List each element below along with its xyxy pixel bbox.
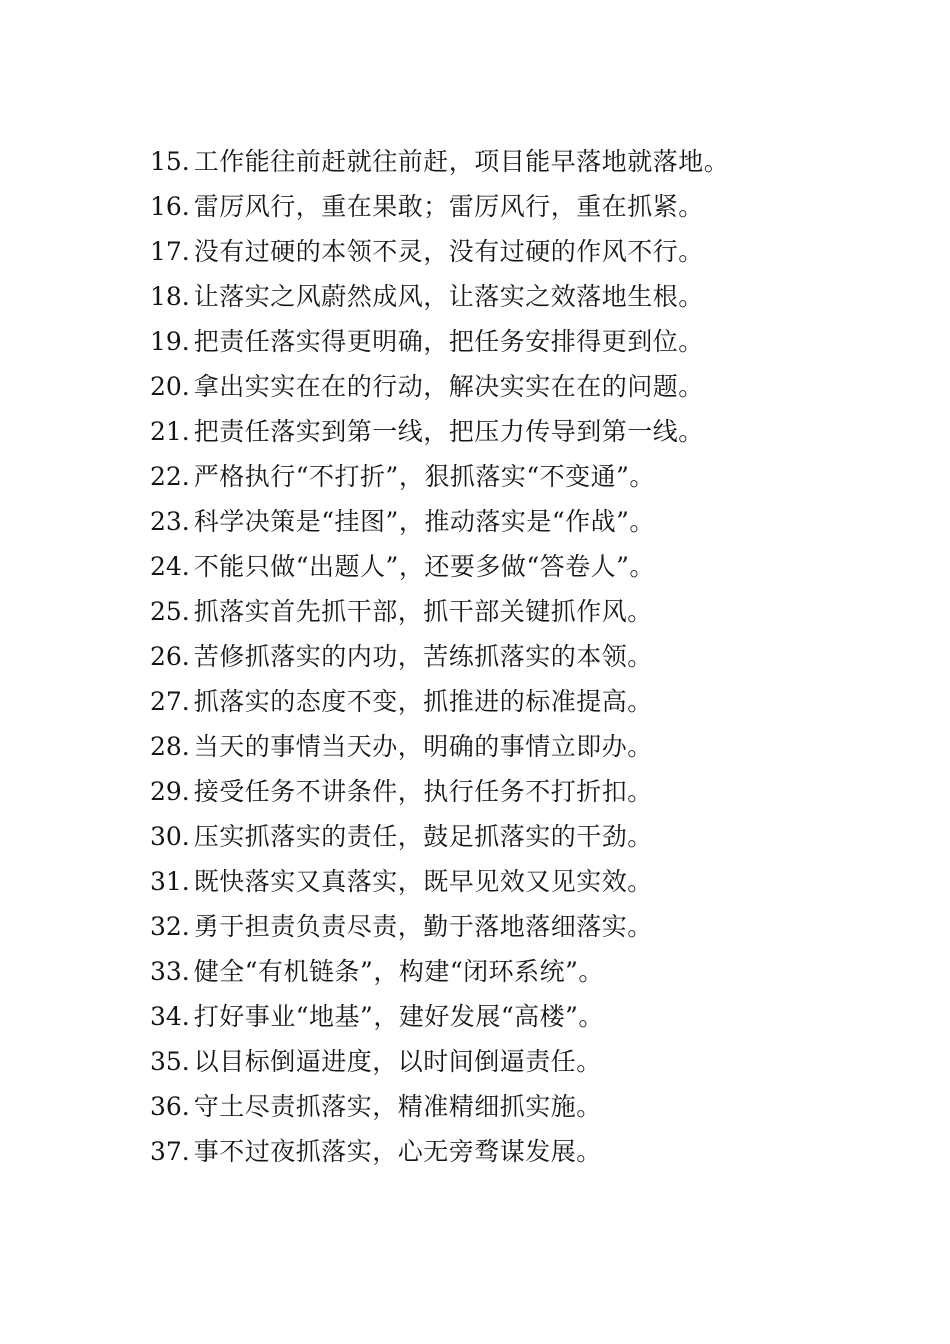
list-item: 30.压实抓落实的责任，鼓足抓落实的干劲。 — [150, 814, 910, 859]
item-text: 抓落实首先抓干部，抓干部关键抓作风。 — [194, 597, 653, 626]
list-item: 36.守土尽责抓落实，精准精细抓实施。 — [150, 1084, 910, 1129]
list-item: 26.苦修抓落实的内功，苦练抓落实的本领。 — [150, 634, 910, 679]
item-text: 让落实之风蔚然成风，让落实之效落地生根。 — [194, 282, 704, 311]
item-number: 34. — [150, 994, 190, 1039]
list-item: 37.事不过夜抓落实，心无旁骛谋发展。 — [150, 1129, 910, 1174]
list-item: 19.把责任落实得更明确，把任务安排得更到位。 — [150, 319, 910, 364]
item-text: 健全“有机链条”，构建“闭环系统”。 — [194, 957, 604, 986]
list-item: 29.接受任务不讲条件，执行任务不打折扣。 — [150, 769, 910, 814]
item-text: 压实抓落实的责任，鼓足抓落实的干劲。 — [194, 822, 653, 851]
item-number: 16. — [150, 184, 190, 229]
document-body: 15.工作能往前赶就往前赶，项目能早落地就落地。 16.雷厉风行，重在果敢；雷厉… — [150, 139, 910, 1174]
item-number: 22. — [150, 454, 190, 499]
item-text: 把责任落实得更明确，把任务安排得更到位。 — [194, 327, 704, 356]
list-item: 24.不能只做“出题人”，还要多做“答卷人”。 — [150, 544, 910, 589]
list-item: 16.雷厉风行，重在果敢；雷厉风行，重在抓紧。 — [150, 184, 910, 229]
item-text: 雷厉风行，重在果敢；雷厉风行，重在抓紧。 — [194, 192, 704, 221]
list-item: 18.让落实之风蔚然成风，让落实之效落地生根。 — [150, 274, 910, 319]
item-text: 守土尽责抓落实，精准精细抓实施。 — [194, 1092, 602, 1121]
list-item: 35.以目标倒逼进度，以时间倒逼责任。 — [150, 1039, 910, 1084]
item-number: 20. — [150, 364, 190, 409]
item-number: 29. — [150, 769, 190, 814]
item-number: 33. — [150, 949, 190, 994]
item-number: 15. — [150, 139, 190, 184]
list-item: 17.没有过硬的本领不灵，没有过硬的作风不行。 — [150, 229, 910, 274]
list-item: 20.拿出实实在在的行动，解决实实在在的问题。 — [150, 364, 910, 409]
list-item: 33.健全“有机链条”，构建“闭环系统”。 — [150, 949, 910, 994]
document-page: 15.工作能往前赶就往前赶，项目能早落地就落地。 16.雷厉风行，重在果敢；雷厉… — [0, 0, 950, 1344]
item-text: 以目标倒逼进度，以时间倒逼责任。 — [194, 1047, 602, 1076]
item-text: 不能只做“出题人”，还要多做“答卷人”。 — [194, 552, 655, 581]
item-text: 事不过夜抓落实，心无旁骛谋发展。 — [194, 1137, 602, 1166]
item-text: 苦修抓落实的内功，苦练抓落实的本领。 — [194, 642, 653, 671]
item-text: 既快落实又真落实，既早见效又见实效。 — [194, 867, 653, 896]
item-number: 17. — [150, 229, 190, 274]
item-number: 24. — [150, 544, 190, 589]
item-number: 32. — [150, 904, 190, 949]
item-text: 勇于担责负责尽责，勤于落地落细落实。 — [194, 912, 653, 941]
item-number: 37. — [150, 1129, 190, 1174]
item-text: 没有过硬的本领不灵，没有过硬的作风不行。 — [194, 237, 704, 266]
item-text: 打好事业“地基”，建好发展“高楼”。 — [194, 1002, 604, 1031]
list-item: 21.把责任落实到第一线，把压力传导到第一线。 — [150, 409, 910, 454]
list-item: 28.当天的事情当天办，明确的事情立即办。 — [150, 724, 910, 769]
item-number: 30. — [150, 814, 190, 859]
item-number: 35. — [150, 1039, 190, 1084]
item-text: 把责任落实到第一线，把压力传导到第一线。 — [194, 417, 704, 446]
list-item: 34.打好事业“地基”，建好发展“高楼”。 — [150, 994, 910, 1039]
list-item: 23.科学决策是“挂图”，推动落实是“作战”。 — [150, 499, 910, 544]
item-text: 当天的事情当天办，明确的事情立即办。 — [194, 732, 653, 761]
item-number: 23. — [150, 499, 190, 544]
item-number: 36. — [150, 1084, 190, 1129]
list-item: 25.抓落实首先抓干部，抓干部关键抓作风。 — [150, 589, 910, 634]
item-number: 26. — [150, 634, 190, 679]
item-text: 工作能往前赶就往前赶，项目能早落地就落地。 — [194, 147, 730, 176]
item-number: 25. — [150, 589, 190, 634]
item-text: 科学决策是“挂图”，推动落实是“作战”。 — [194, 507, 655, 536]
item-text: 抓落实的态度不变，抓推进的标准提高。 — [194, 687, 653, 716]
list-item: 27.抓落实的态度不变，抓推进的标准提高。 — [150, 679, 910, 724]
list-item: 32.勇于担责负责尽责，勤于落地落细落实。 — [150, 904, 910, 949]
item-text: 拿出实实在在的行动，解决实实在在的问题。 — [194, 372, 704, 401]
item-number: 19. — [150, 319, 190, 364]
item-text: 严格执行“不打折”，狠抓落实“不变通”。 — [194, 462, 655, 491]
item-number: 28. — [150, 724, 190, 769]
item-text: 接受任务不讲条件，执行任务不打折扣。 — [194, 777, 653, 806]
list-item: 31.既快落实又真落实，既早见效又见实效。 — [150, 859, 910, 904]
item-number: 18. — [150, 274, 190, 319]
item-number: 21. — [150, 409, 190, 454]
item-number: 31. — [150, 859, 190, 904]
list-item: 15.工作能往前赶就往前赶，项目能早落地就落地。 — [150, 139, 910, 184]
item-number: 27. — [150, 679, 190, 724]
list-item: 22.严格执行“不打折”，狠抓落实“不变通”。 — [150, 454, 910, 499]
